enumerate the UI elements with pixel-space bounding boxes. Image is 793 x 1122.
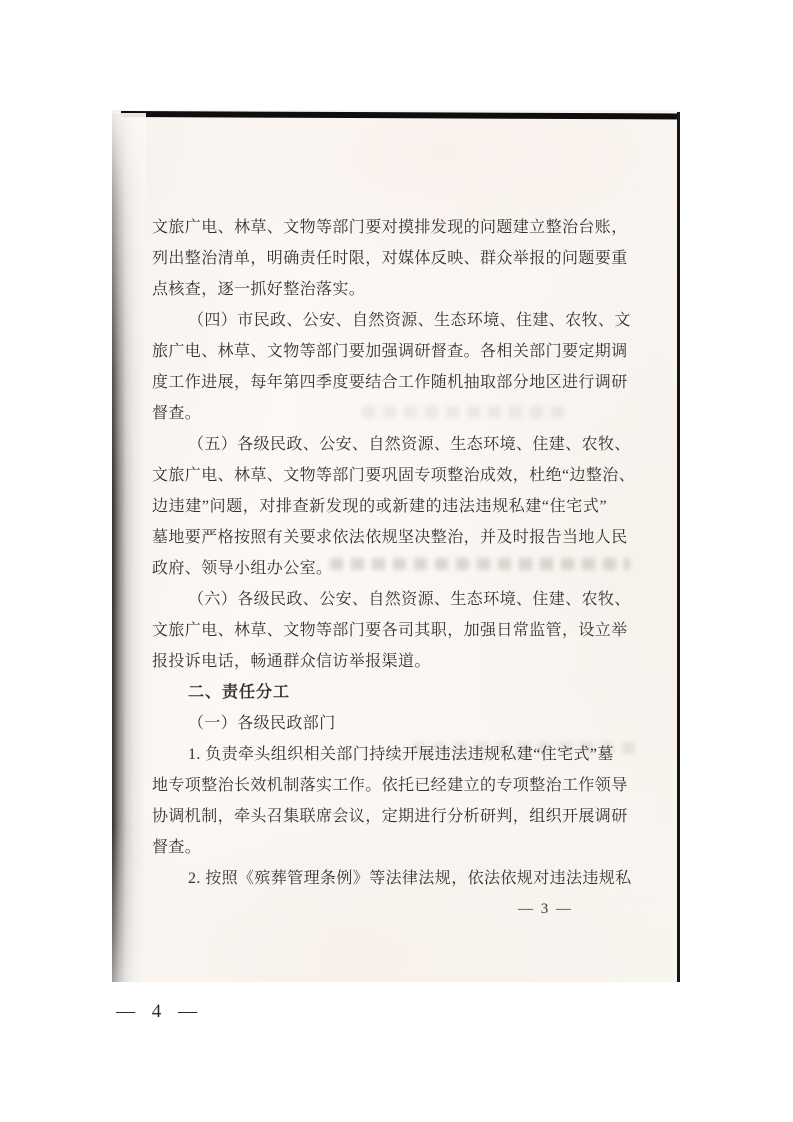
inner-page-number: — 3 — xyxy=(152,894,607,925)
document-text-line: （一）各级民政部门 xyxy=(152,708,607,739)
document-text-line: 协调机制，牵头召集联席会议，定期进行分析研判，组织开展调研 xyxy=(152,801,607,832)
document-text-line: 点核查，逐一抓好整治落实。 xyxy=(152,274,607,305)
outer-page-number: — 4 — xyxy=(116,1001,198,1023)
document-text-line: （六）各级民政、公安、自然资源、生态环境、住建、农牧、 xyxy=(152,584,607,615)
scan-canvas: 文旅广电、林草、文物等部门要对摸排发现的问题建立整治台账，列出整治清单，明确责任… xyxy=(0,0,793,1122)
document-text-line: 1. 负责牵头组织相关部门持续开展违法违规私建“住宅式”墓 xyxy=(152,739,607,770)
scan-left-edge-shadow xyxy=(112,113,146,982)
document-text-line: 列出整治清单，明确责任时限，对媒体反映、群众举报的问题要重 xyxy=(152,243,607,274)
document-text-line: 2. 按照《殡葬管理条例》等法律法规，依法依规对违法违规私 xyxy=(152,863,607,894)
document-text-line: 文旅广电、林草、文物等部门要各司其职，加强日常监管，设立举 xyxy=(152,615,607,646)
document-text-line: 二、责任分工 xyxy=(152,677,607,708)
document-body: 文旅广电、林草、文物等部门要对摸排发现的问题建立整治台账，列出整治清单，明确责任… xyxy=(152,212,607,925)
document-text-line: 督查。 xyxy=(152,832,607,863)
document-text-line: 边违建”问题，对排查新发现的或新建的违法违规私建“住宅式” xyxy=(152,491,607,522)
scan-top-edge-artifact xyxy=(121,111,680,119)
document-text-line: （四）市民政、公安、自然资源、生态环境、住建、农牧、文 xyxy=(152,305,607,336)
document-text-line: 督查。 xyxy=(152,398,607,429)
document-text-line: 政府、领导小组办公室。 xyxy=(152,553,607,584)
document-text-line: 度工作进展，每年第四季度要结合工作随机抽取部分地区进行调研 xyxy=(152,367,607,398)
document-text-line: （五）各级民政、公安、自然资源、生态环境、住建、农牧、 xyxy=(152,429,607,460)
document-text-line: 文旅广电、林草、文物等部门要对摸排发现的问题建立整治台账， xyxy=(152,212,607,243)
scanned-page: 文旅广电、林草、文物等部门要对摸排发现的问题建立整治台账，列出整治清单，明确责任… xyxy=(112,110,680,982)
document-text-line: 文旅广电、林草、文物等部门要巩固专项整治成效，杜绝“边整治、 xyxy=(152,460,607,491)
document-text-line: 报投诉电话，畅通群众信访举报渠道。 xyxy=(152,646,607,677)
scan-right-edge-artifact xyxy=(677,112,680,982)
document-text-line: 旅广电、林草、文物等部门要加强调研督查。各相关部门要定期调 xyxy=(152,336,607,367)
document-text-line: 地专项整治长效机制落实工作。依托已经建立的专项整治工作领导 xyxy=(152,770,607,801)
document-text-line: 墓地要严格按照有关要求依法依规坚决整治，并及时报告当地人民 xyxy=(152,522,607,553)
